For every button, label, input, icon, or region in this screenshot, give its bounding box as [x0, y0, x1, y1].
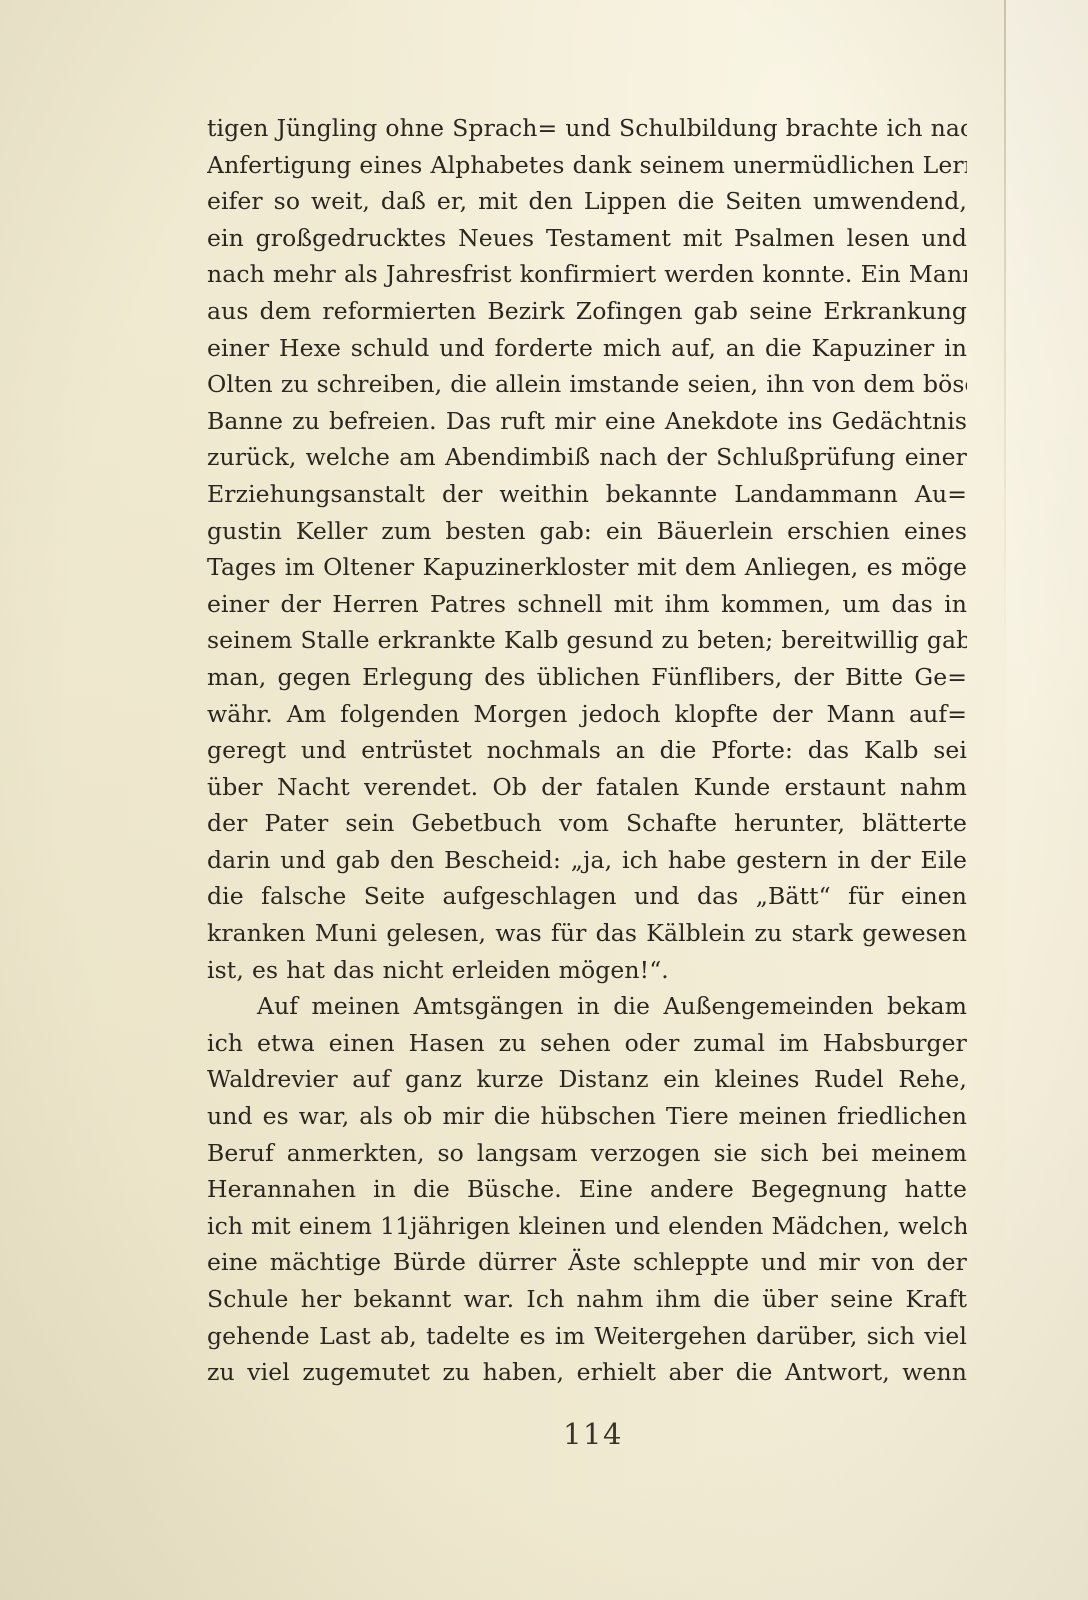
text-line: über Nacht verendet. Ob der fatalen Kund…	[207, 769, 967, 806]
text-line: zurück, welche am Abendimbiß nach der Sc…	[207, 439, 967, 476]
text-line: währ. Am folgenden Morgen jedoch klopfte…	[207, 696, 967, 733]
text-line: zu viel zugemutet zu haben, erhielt aber…	[207, 1354, 967, 1391]
text-line: einer Hexe schuld und forderte mich auf,…	[207, 330, 967, 367]
text-line: Waldrevier auf ganz kurze Distanz ein kl…	[207, 1061, 967, 1098]
text-line: Erziehungsanstalt der weithin bekannte L…	[207, 476, 967, 513]
text-line: ist, es hat das nicht erleiden mögen!“.	[207, 952, 967, 989]
page-text-block: tigen Jüngling ohne Sprach= und Schulbil…	[207, 110, 967, 1391]
text-line: eine mächtige Bürde dürrer Äste schleppt…	[207, 1244, 967, 1281]
page-number: 114	[207, 1416, 979, 1452]
text-line: kranken Muni gelesen, was für das Kälble…	[207, 915, 967, 952]
text-line: einer der Herren Patres schnell mit ihm …	[207, 586, 967, 623]
text-line: gehende Last ab, tadelte es im Weitergeh…	[207, 1318, 967, 1355]
text-line: Schule her bekannt war. Ich nahm ihm die…	[207, 1281, 967, 1318]
text-line: Tages im Oltener Kapuzinerkloster mit de…	[207, 549, 967, 586]
book-page: tigen Jüngling ohne Sprach= und Schulbil…	[0, 0, 1088, 1600]
text-line: Olten zu schreiben, die allein imstande …	[207, 366, 967, 403]
text-line: Anfertigung eines Alphabetes dank seinem…	[207, 147, 967, 184]
text-line: ich etwa einen Hasen zu sehen oder zumal…	[207, 1025, 967, 1062]
text-line: aus dem reformierten Bezirk Zofingen gab…	[207, 293, 967, 330]
text-line: seinem Stalle erkrankte Kalb gesund zu b…	[207, 622, 967, 659]
text-line: eifer so weit, daß er, mit den Lippen di…	[207, 183, 967, 220]
text-line: darin und gab den Bescheid: „ja, ich hab…	[207, 842, 967, 879]
text-line: nach mehr als Jahresfrist konfirmiert we…	[207, 256, 967, 293]
text-line: Beruf anmerkten, so langsam verzogen sie…	[207, 1135, 967, 1172]
scan-edge-highlight	[1006, 0, 1088, 1600]
text-line: ich mit einem 11jährigen kleinen und ele…	[207, 1208, 967, 1245]
text-line: tigen Jüngling ohne Sprach= und Schulbil…	[207, 110, 967, 147]
text-lines: tigen Jüngling ohne Sprach= und Schulbil…	[207, 110, 967, 1391]
text-line: der Pater sein Gebetbuch vom Schafte her…	[207, 805, 967, 842]
text-line: ein großgedrucktes Neues Testament mit P…	[207, 220, 967, 257]
text-line: gustin Keller zum besten gab: ein Bäuerl…	[207, 513, 967, 550]
text-line: Banne zu befreien. Das ruft mir eine Ane…	[207, 403, 967, 440]
text-line: Herannahen in die Büsche. Eine andere Be…	[207, 1171, 967, 1208]
text-line: man, gegen Erlegung des üblichen Fünflib…	[207, 659, 967, 696]
text-line: die falsche Seite aufgeschlagen und das …	[207, 878, 967, 915]
text-line: Auf meinen Amtsgängen in die Außengemein…	[207, 988, 967, 1025]
scan-edge-line	[1004, 0, 1006, 660]
text-line: geregt und entrüstet nochmals an die Pfo…	[207, 732, 967, 769]
text-line: und es war, als ob mir die hübschen Tier…	[207, 1098, 967, 1135]
